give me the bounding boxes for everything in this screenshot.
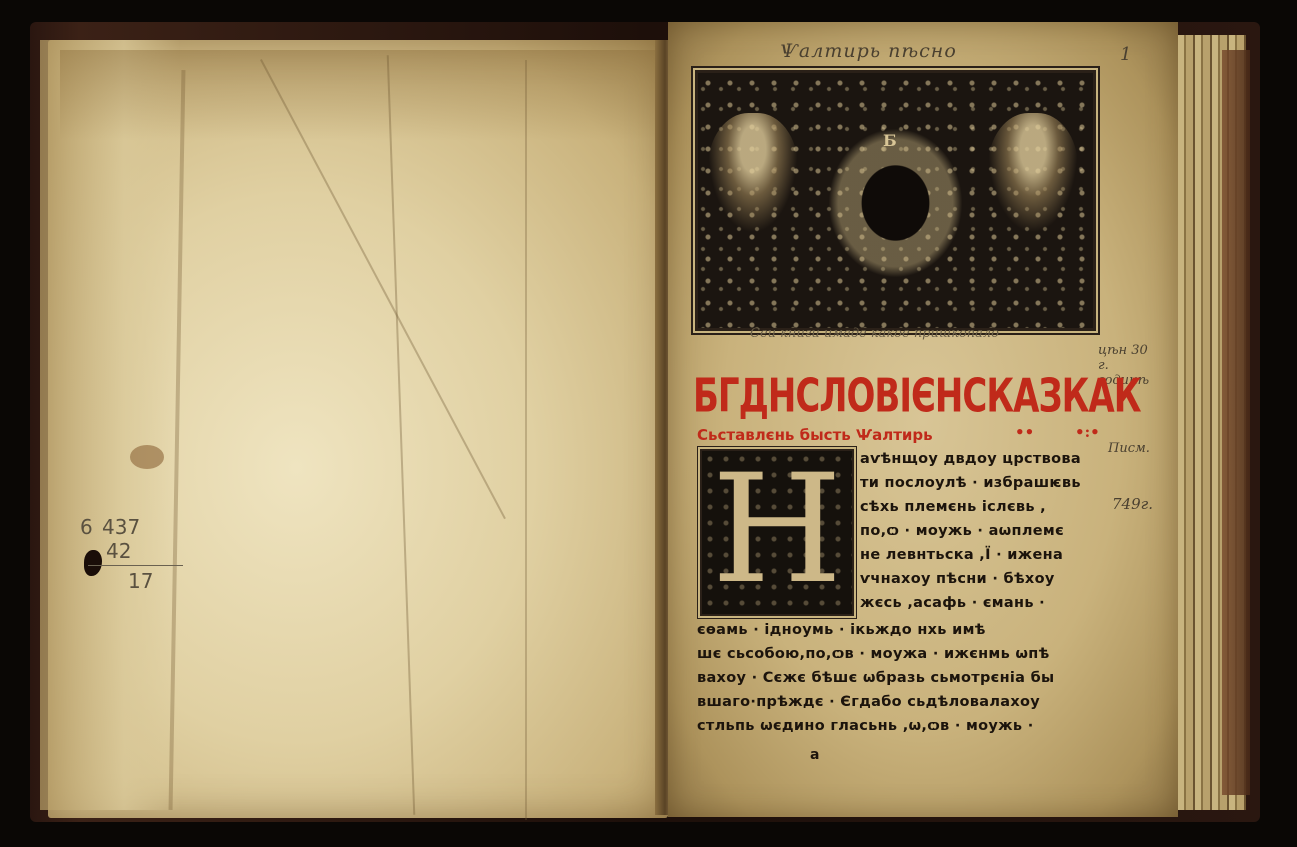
text-line: шє сьсобою,по,ѻв · моужа · ижєнмь ѡпѣ	[697, 646, 1050, 662]
folio-number: 1	[1120, 44, 1131, 65]
rubric-marks: ••	[1015, 423, 1034, 441]
rubric-marks: •:•	[1075, 423, 1100, 441]
double-headed-eagle-icon	[828, 128, 963, 278]
margin-note: 749г.	[1112, 495, 1153, 513]
text-line: жєсь ,асафь · ємань ·	[860, 595, 1045, 611]
shelfmark-bottom: 17	[128, 569, 153, 593]
eagle-letter: Б	[883, 131, 897, 150]
text-line: єѳамь · ідноумь · ікьждо нхь имѣ	[697, 622, 986, 638]
text-line: ѵчнахоу пѣсни · бѣхоу	[860, 571, 1055, 587]
text-line: вахоу · Сєжє бѣшє ѡбразь сьмотрєніа бы	[697, 670, 1054, 686]
woodcut-headpiece: Б	[695, 70, 1096, 331]
water-stain	[60, 50, 660, 140]
text-line: стльпь ѡєдино гласьнь ,ѡ,ѻв · моужь ·	[697, 718, 1034, 734]
margin-note: Писм.	[1108, 441, 1150, 456]
brown-stain	[130, 445, 164, 469]
text-line: ти послоулѣ · избрашѥвь	[860, 475, 1081, 491]
decorated-initial: Н	[700, 449, 854, 616]
catchword: а	[810, 747, 819, 763]
shelfmark-divider	[88, 565, 183, 566]
shelfmark-prefix: 6	[80, 515, 93, 539]
text-line: не левнтьска ,Ї · ижена	[860, 547, 1063, 563]
initial-letter: Н	[702, 449, 852, 616]
red-subtitle: Сьставлєнь бысть Ѱалтирь	[697, 426, 933, 444]
text-line: аѵѣнщоу двдоу црствова	[860, 451, 1081, 467]
text-line: сѣхь племєнь іслєвь ,	[860, 499, 1046, 515]
shelfmark-denominator: 42	[106, 539, 131, 563]
page-crease	[525, 60, 527, 820]
handwritten-title-note: Ѱалтирь пѣсно	[780, 40, 957, 62]
angel-figure-left	[708, 113, 798, 233]
pencil-shelfmark: 6 437 42 17	[80, 505, 190, 605]
shelfmark-numerator: 437	[102, 515, 140, 539]
handwritten-note-under-headpiece: Сеи книги имаде какое пришкопало	[750, 326, 999, 341]
left-page-torn-edge	[40, 40, 180, 810]
angel-figure-right	[988, 113, 1078, 233]
binding-edge	[1222, 50, 1250, 795]
text-line: вшаго·прѣждє · Єгдабо сьдѣловалахоу	[697, 694, 1040, 710]
text-line: по,ѻ · моужь · аѡплемє	[860, 523, 1064, 539]
